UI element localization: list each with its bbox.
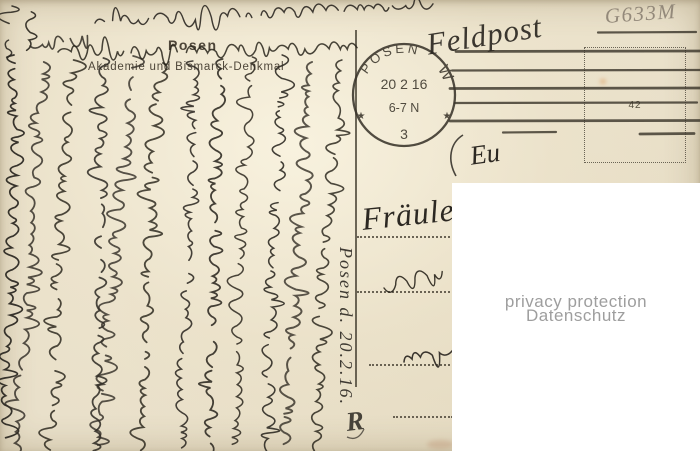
handwriting-place-date: Posen d. 20.2.16. — [335, 247, 356, 406]
postmark-number: 3 — [400, 126, 408, 142]
cancellation-line — [450, 121, 700, 122]
handwriting-stroke — [169, 61, 203, 448]
handwriting-stroke — [78, 58, 118, 451]
handwriting-stroke — [29, 32, 89, 57]
cancellation-line — [450, 88, 700, 89]
flourish-curve — [451, 135, 463, 176]
privacy-text-de: Datenschutz — [452, 308, 700, 323]
postmark-date: 20 2 16 — [381, 76, 428, 92]
handwriting-stroke — [37, 59, 86, 451]
privacy-overlay: privacy protection Datenschutz — [452, 183, 700, 451]
handwriting-stroke — [382, 265, 445, 299]
postmark-time: 6-7 N — [389, 101, 420, 115]
handwriting-stroke — [219, 56, 261, 444]
cancellation-line — [598, 32, 696, 33]
cancellation-line — [640, 134, 694, 135]
handwriting-stroke — [94, 0, 433, 36]
cancellation-line — [455, 103, 697, 104]
publisher-monogram: R — [344, 405, 366, 438]
handwriting-stroke — [0, 5, 19, 58]
cancellation-line — [503, 132, 556, 133]
handwriting-stroke — [258, 55, 295, 451]
postmark-star-left: ★ — [357, 111, 366, 122]
postcard-back-scan: Posen Akademie und Bismarck-Denkmal 42 P… — [0, 0, 700, 451]
handwriting-stroke — [0, 55, 32, 448]
pencil-archive-code: G633M — [604, 0, 677, 29]
cancellation-line — [452, 70, 700, 71]
handwriting-stroke — [403, 345, 456, 374]
handwriting-stroke — [272, 61, 324, 450]
handwriting-stroke — [22, 11, 40, 58]
handwriting-initials: Eu — [468, 137, 502, 172]
postmark-star-right: ★ — [443, 111, 452, 122]
handwriting-stroke — [188, 58, 242, 451]
